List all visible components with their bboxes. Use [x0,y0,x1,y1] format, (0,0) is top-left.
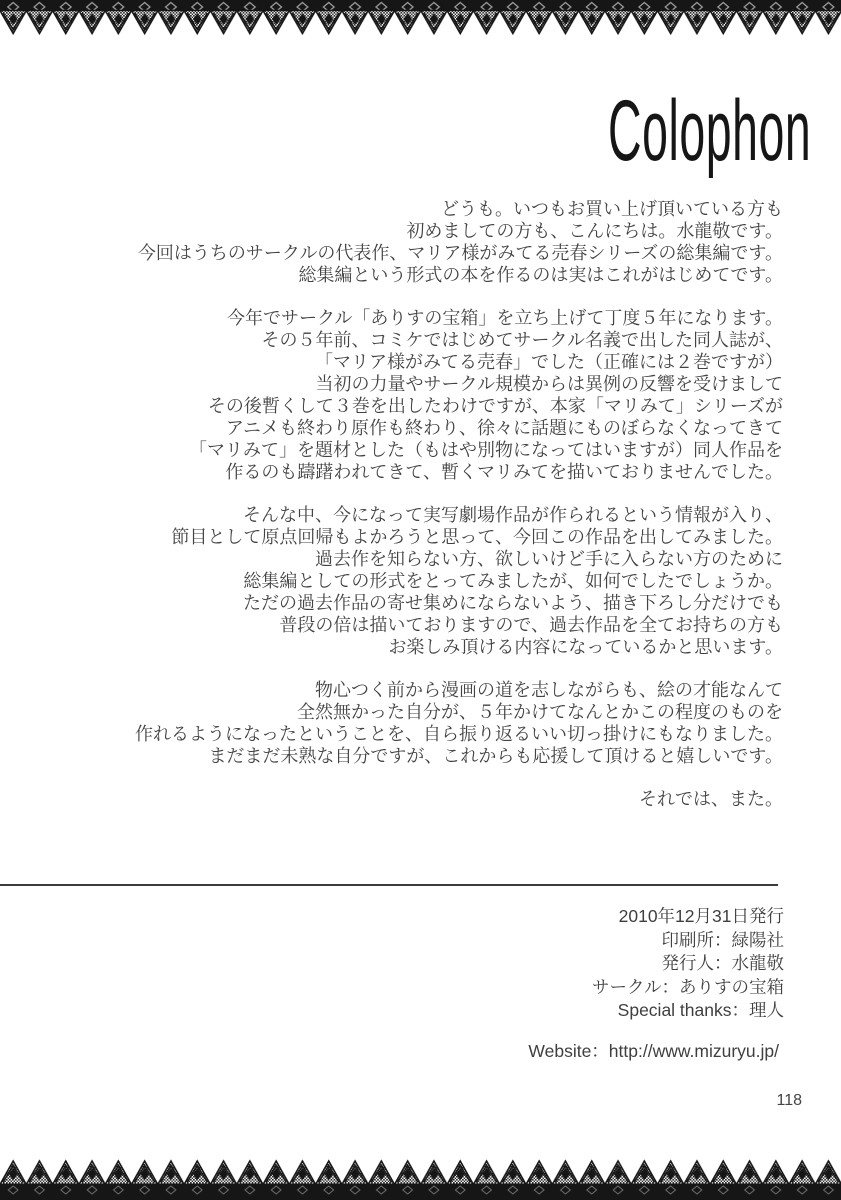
text-line: まだまだ未熟な自分ですが、これからも応援して頂けると嬉しいです。 [40,745,783,767]
text-line: 作れるようになったということを、自ら振り返るいい切っ掛けにもなりました。 [40,723,783,745]
page-number: 118 [776,1092,802,1110]
publication-info-line: Special thanks：理人 [592,999,784,1023]
text-line: 総集編としての形式をとってみましたが、如何でしたでしょうか。 [40,570,783,592]
paragraph: そんな中、今になって実写劇場作品が作られるという情報が入り、節目として原点回帰も… [40,504,783,658]
text-line: 普段の倍は描いておりますので、過去作品を全てお持ちの方も [40,614,783,636]
text-line: 物心つく前から漫画の道を志しながらも、絵の才能なんて [40,679,783,701]
publication-info-line: 印刷所：緑陽社 [592,929,784,953]
body-text: どうも。いつもお買い上げ頂いている方も初めましての方も、こんにちは。水龍敬です。… [40,198,783,810]
text-line: 「マリア様がみてる売春」でした（正確には２巻ですが） [40,351,783,373]
text-line: 過去作を知らない方、欲しいけど手に入らない方のために [40,548,783,570]
publication-info: 2010年12月31日発行印刷所：緑陽社発行人：水龍敬サークル：ありすの宝箱Sp… [592,905,784,1023]
publication-info-line: 発行人：水龍敬 [592,952,784,976]
publication-info-line: 2010年12月31日発行 [592,905,784,929]
text-line: 総集編という形式の本を作るのは実はこれがはじめてです。 [40,264,783,286]
divider-rule [0,884,778,886]
text-line: 節目として原点回帰もよかろうと思って、今回この作品を出してみました。 [40,526,783,548]
text-line: それでは、また。 [40,788,783,810]
paragraph: それでは、また。 [40,788,783,810]
website-url: Website：http://www.mizuryu.jp/ [528,1038,779,1063]
text-line: 初めましての方も、こんにちは。水龍敬です。 [40,220,783,242]
paragraph: 今年でサークル「ありすの宝箱」を立ち上げて丁度５年になります。その５年前、コミケ… [40,307,783,483]
page-title: Colophon [608,88,811,174]
top-lace-border-decoration [0,0,841,37]
paragraph: 物心つく前から漫画の道を志しながらも、絵の才能なんて全然無かった自分が、５年かけ… [40,679,783,767]
text-line: 今回はうちのサークルの代表作、マリア様がみてる売春シリーズの総集編です。 [40,242,783,264]
bottom-lace-border-decoration [0,1158,841,1200]
text-line: そんな中、今になって実写劇場作品が作られるという情報が入り、 [40,504,783,526]
text-line: 全然無かった自分が、５年かけてなんとかこの程度のものを [40,701,783,723]
text-line: その５年前、コミケではじめてサークル名義で出した同人誌が、 [40,329,783,351]
text-line: その後暫くして３巻を出したわけですが、本家「マリみて」シリーズが [40,395,783,417]
text-line: お楽しみ頂ける内容になっているかと思います。 [40,636,783,658]
text-line: 今年でサークル「ありすの宝箱」を立ち上げて丁度５年になります。 [40,307,783,329]
paragraph: どうも。いつもお買い上げ頂いている方も初めましての方も、こんにちは。水龍敬です。… [40,198,783,286]
text-line: どうも。いつもお買い上げ頂いている方も [40,198,783,220]
text-line: アニメも終わり原作も終わり、徐々に話題にものぼらなくなってきて [40,417,783,439]
publication-info-line: サークル：ありすの宝箱 [592,976,784,1000]
text-line: ただの過去作品の寄せ集めにならないよう、描き下ろし分だけでも [40,592,783,614]
text-line: 当初の力量やサークル規模からは異例の反響を受けまして [40,373,783,395]
text-line: 「マリみて」を題材とした（もはや別物になってはいますが）同人作品を [40,439,783,461]
text-line: 作るのも躊躇われてきて、暫くマリみてを描いておりませんでした。 [40,461,783,483]
